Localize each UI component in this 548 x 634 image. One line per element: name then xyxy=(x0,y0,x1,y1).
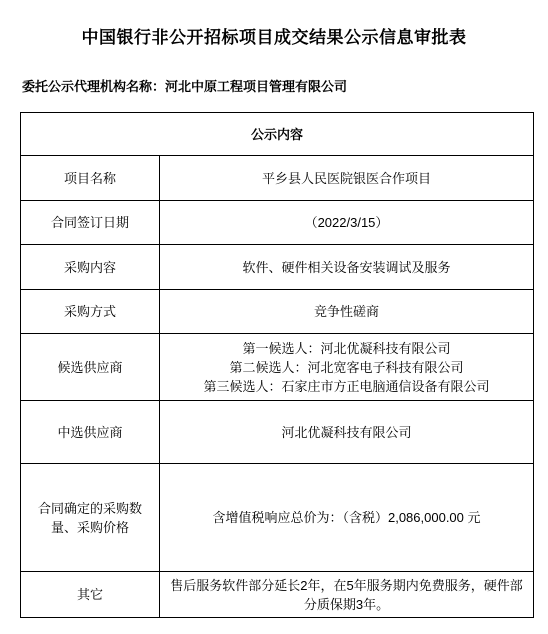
table-row-selected-supplier: 中选供应商 河北优凝科技有限公司 xyxy=(21,401,534,464)
row-label: 项目名称 xyxy=(21,156,160,201)
candidate-line-2: 第二候选人：河北宽客电子科技有限公司 xyxy=(168,358,525,377)
table-row-project-name: 项目名称 平乡县人民医院银医合作项目 xyxy=(21,156,534,201)
table-row-candidate-suppliers: 候选供应商 第一候选人：河北优凝科技有限公司 第二候选人：河北宽客电子科技有限公… xyxy=(21,334,534,401)
document-title: 中国银行非公开招标项目成交结果公示信息审批表 xyxy=(0,26,548,50)
row-label: 中选供应商 xyxy=(21,401,160,464)
row-label: 采购方式 xyxy=(21,290,160,334)
row-label: 其它 xyxy=(21,572,160,618)
table-row-contract-date: 合同签订日期 （2022/3/15） xyxy=(21,201,534,245)
table-header-row: 公示内容 xyxy=(21,113,534,156)
row-label: 合同确定的采购数量、采购价格 xyxy=(21,464,160,572)
table-row-procurement-content: 采购内容 软件、硬件相关设备安装调试及服务 xyxy=(21,245,534,290)
announcement-table: 公示内容 项目名称 平乡县人民医院银医合作项目 合同签订日期 （2022/3/1… xyxy=(20,112,534,618)
table-header-cell: 公示内容 xyxy=(21,113,534,156)
table-row-procurement-method: 采购方式 竞争性磋商 xyxy=(21,290,534,334)
row-value: 竞争性磋商 xyxy=(160,290,534,334)
row-label: 采购内容 xyxy=(21,245,160,290)
row-label: 合同签订日期 xyxy=(21,201,160,245)
row-value: 平乡县人民医院银医合作项目 xyxy=(160,156,534,201)
row-value: （2022/3/15） xyxy=(160,201,534,245)
row-value: 含增值税响应总价为：（含税）2,086,000.00 元 xyxy=(160,464,534,572)
agency-line: 委托公示代理机构名称：河北中原工程项目管理有限公司 xyxy=(22,78,548,96)
agency-label: 委托公示代理机构名称： xyxy=(22,79,165,94)
table-row-other: 其它 售后服务软件部分延长2年，在5年服务期内免费服务，硬件部分质保期3年。 xyxy=(21,572,534,618)
candidate-line-3: 第三候选人：石家庄市方正电脑通信设备有限公司 xyxy=(168,377,525,396)
agency-name: 河北中原工程项目管理有限公司 xyxy=(165,79,347,94)
document-page: 中国银行非公开招标项目成交结果公示信息审批表 委托公示代理机构名称：河北中原工程… xyxy=(0,26,548,618)
row-value: 河北优凝科技有限公司 xyxy=(160,401,534,464)
table-row-contract-price: 合同确定的采购数量、采购价格 含增值税响应总价为：（含税）2,086,000.0… xyxy=(21,464,534,572)
row-label: 候选供应商 xyxy=(21,334,160,401)
row-value: 售后服务软件部分延长2年，在5年服务期内免费服务，硬件部分质保期3年。 xyxy=(160,572,534,618)
row-value: 软件、硬件相关设备安装调试及服务 xyxy=(160,245,534,290)
candidate-line-1: 第一候选人：河北优凝科技有限公司 xyxy=(168,339,525,358)
row-value: 第一候选人：河北优凝科技有限公司 第二候选人：河北宽客电子科技有限公司 第三候选… xyxy=(160,334,534,401)
